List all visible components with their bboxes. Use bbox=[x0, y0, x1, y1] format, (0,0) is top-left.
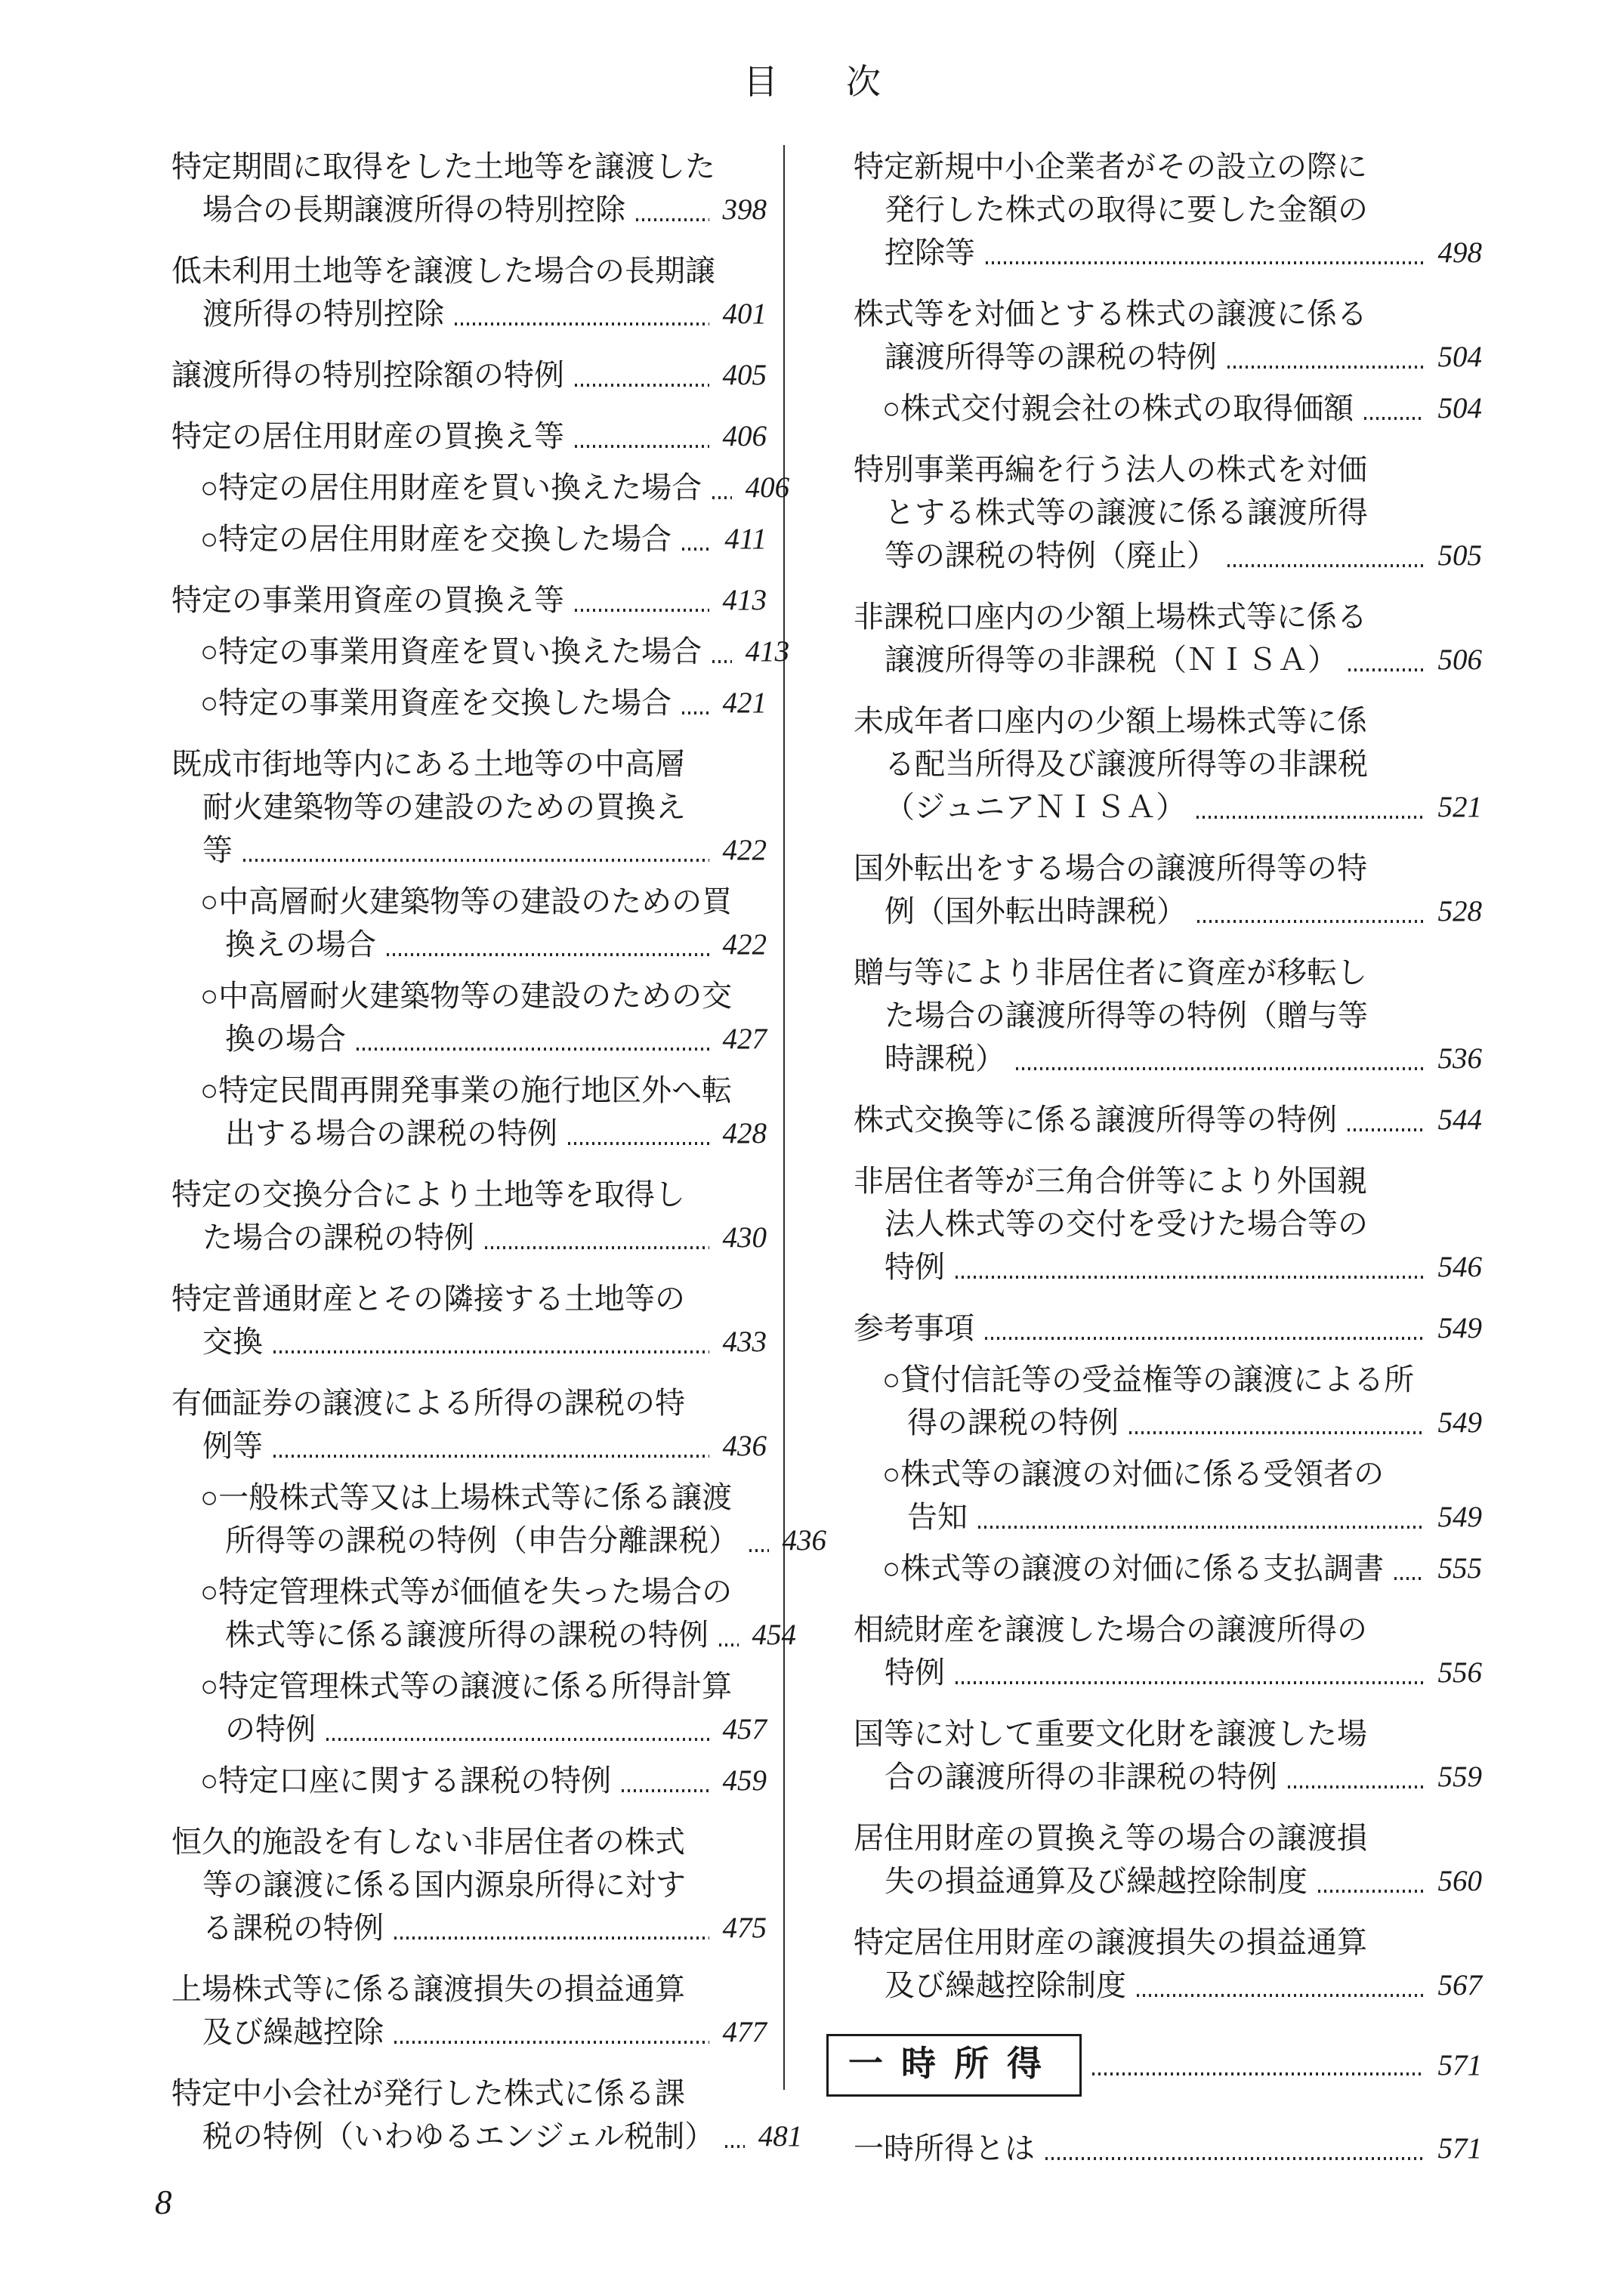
entry-last-line: （ジュニアＮＩＳＡ）521 bbox=[854, 785, 1482, 829]
page-ref: 405 bbox=[718, 353, 767, 397]
dot-leader bbox=[712, 496, 732, 499]
entry-line: 特定居住用財産の譲渡損失の損益通算 bbox=[854, 1921, 1482, 1964]
dot-leader bbox=[326, 1738, 709, 1741]
page-ref: 559 bbox=[1434, 1755, 1482, 1798]
entry-line: 特定期間に取得をした土地等を譲渡した bbox=[171, 145, 767, 188]
entry-last-line: る課税の特例475 bbox=[171, 1906, 767, 1949]
toc-entry: ○特定民間再開発事業の施行地区外へ転出する場合の課税の特例428 bbox=[171, 1069, 767, 1155]
entry-line: 法人株式等の交付を受けた場合等の bbox=[885, 1202, 1482, 1245]
entry-last-line: ○特定の居住用財産を交換した場合411 bbox=[171, 517, 767, 560]
toc-entry: ○中高層耐火建築物等の建設のための買換えの場合422 bbox=[171, 880, 767, 966]
dot-leader bbox=[712, 660, 732, 663]
toc-entry: 株式交換等に係る譲渡所得等の特例544 bbox=[854, 1098, 1482, 1141]
dot-leader bbox=[682, 548, 709, 551]
entry-line: 贈与等により非居住者に資産が移転し bbox=[854, 951, 1482, 994]
toc-entry: ○特定管理株式等の譲渡に係る所得計算の特例457 bbox=[171, 1665, 767, 1751]
toc-entry: ○特定の事業用資産を買い換えた場合413 bbox=[171, 630, 767, 673]
entry-last-line: 控除等498 bbox=[854, 231, 1482, 274]
entry-last-line: 特定の居住用財産の買換え等406 bbox=[171, 415, 767, 458]
entry-last-line: 参考事項549 bbox=[854, 1307, 1482, 1350]
page-ref: 504 bbox=[1434, 387, 1482, 430]
toc-entry: ○一般株式等又は上場株式等に係る譲渡所得等の課税の特例（申告分離課税）436 bbox=[171, 1476, 767, 1562]
dot-leader bbox=[575, 445, 709, 448]
entry-line: ○特定民間再開発事業の施行地区外へ転 bbox=[200, 1069, 767, 1112]
entry-line: 株式交換等に係る譲渡所得等の特例 bbox=[854, 1098, 1337, 1141]
page-ref: 477 bbox=[718, 2011, 767, 2054]
entry-line: 告知 bbox=[907, 1495, 968, 1538]
entry-line: ○特定の事業用資産を買い換えた場合 bbox=[200, 630, 702, 673]
entry-line: 特定の居住用財産の買換え等 bbox=[171, 415, 564, 458]
page-ref: 427 bbox=[718, 1017, 767, 1060]
toc-entry: 参考事項549 bbox=[854, 1307, 1482, 1350]
page-ref: 401 bbox=[718, 292, 767, 335]
dot-leader bbox=[1288, 1785, 1425, 1788]
entry-line: る配当所得及び譲渡所得等の非課税 bbox=[885, 742, 1482, 785]
page-ref: 549 bbox=[1434, 1495, 1482, 1538]
page-ref: 481 bbox=[754, 2115, 802, 2158]
entry-line: 譲渡所得の特別控除額の特例 bbox=[171, 353, 564, 397]
entry-line: 有価証券の譲渡による所得の課税の特 bbox=[171, 1381, 767, 1424]
entry-line: 一時所得とは bbox=[854, 2127, 1035, 2170]
dot-leader bbox=[1045, 2157, 1425, 2160]
page-ref: 413 bbox=[741, 630, 789, 673]
dot-leader bbox=[1348, 668, 1425, 671]
entry-line: 失の損益通算及び繰越控除制度 bbox=[885, 1859, 1308, 1903]
entry-line: ○特定の居住用財産を買い換えた場合 bbox=[200, 466, 702, 509]
page-ref: 536 bbox=[1434, 1037, 1482, 1080]
dot-leader bbox=[1016, 1067, 1425, 1070]
entry-line: 譲渡所得等の課税の特例 bbox=[885, 335, 1217, 378]
toc-entry: 特定の居住用財産の買換え等406 bbox=[171, 415, 767, 458]
entry-last-line: 例等436 bbox=[171, 1424, 767, 1467]
page-ref: 567 bbox=[1434, 1964, 1482, 2007]
entry-last-line: 時課税）536 bbox=[854, 1037, 1482, 1080]
entry-line: 等の譲渡に係る国内源泉所得に対す bbox=[202, 1863, 767, 1906]
entry-line: 特別事業再編を行う法人の株式を対価 bbox=[854, 448, 1482, 491]
entry-line: 得の課税の特例 bbox=[907, 1401, 1119, 1444]
entry-last-line: ○株式交付親会社の株式の取得価額504 bbox=[854, 387, 1482, 430]
dot-leader bbox=[1364, 417, 1425, 420]
dot-leader bbox=[485, 1246, 709, 1249]
toc-entry: 特定中小会社が発行した株式に係る課税の特例（いわゆるエンジェル税制）481 bbox=[171, 2072, 767, 2158]
toc-entry: ○特定管理株式等が価値を失った場合の株式等に係る譲渡所得の課税の特例454 bbox=[171, 1570, 767, 1656]
dot-leader bbox=[387, 953, 709, 956]
page-ref: 555 bbox=[1434, 1547, 1482, 1590]
toc-entry: ○特定口座に関する課税の特例459 bbox=[171, 1759, 767, 1802]
entry-last-line: 一時所得571 bbox=[826, 2034, 1482, 2097]
toc-entry: 譲渡所得の特別控除額の特例405 bbox=[171, 353, 767, 397]
page-ref: 475 bbox=[718, 1906, 767, 1949]
entry-line: 株式等を対価とする株式の譲渡に係る bbox=[854, 292, 1482, 335]
toc-entry: 一時所得571 bbox=[854, 2034, 1482, 2097]
toc-right-column: 特定新規中小企業者がその設立の際に発行した株式の取得に要した金額の控除等498株… bbox=[854, 145, 1482, 2170]
page-ref: 411 bbox=[718, 517, 767, 560]
entry-line: 非居住者等が三角合併等により外国親 bbox=[854, 1159, 1482, 1202]
entry-line: 換えの場合 bbox=[225, 923, 376, 966]
entry-line: 控除等 bbox=[885, 231, 975, 274]
entry-last-line: ○株式等の譲渡の対価に係る支払調書555 bbox=[854, 1547, 1482, 1590]
toc-left-column: 特定期間に取得をした土地等を譲渡した場合の長期譲渡所得の特別控除398低未利用土… bbox=[171, 145, 767, 2158]
entry-last-line: ○特定口座に関する課税の特例459 bbox=[171, 1759, 767, 1802]
entry-last-line: 株式等に係る譲渡所得の課税の特例454 bbox=[171, 1613, 767, 1656]
entry-line: 特定普通財産とその隣接する土地等の bbox=[171, 1277, 767, 1320]
dot-leader bbox=[1137, 1994, 1425, 1997]
entry-line: 例（国外転出時課税） bbox=[885, 890, 1187, 933]
dot-leader bbox=[575, 384, 709, 387]
entry-line: ○中高層耐火建築物等の建設のための交 bbox=[200, 974, 767, 1017]
entry-line: 上場株式等に係る譲渡損失の損益通算 bbox=[171, 1967, 767, 2011]
entry-last-line: ○特定の事業用資産を買い換えた場合413 bbox=[171, 630, 767, 673]
entry-last-line: ○特定の居住用財産を買い換えた場合406 bbox=[171, 466, 767, 509]
column-divider bbox=[783, 145, 785, 2090]
entry-line: ○特定の居住用財産を交換した場合 bbox=[200, 517, 672, 560]
entry-last-line: 株式交換等に係る譲渡所得等の特例544 bbox=[854, 1098, 1482, 1141]
toc-entry: 国等に対して重要文化財を譲渡した場合の譲渡所得の非課税の特例559 bbox=[854, 1712, 1482, 1798]
toc-entry: 低未利用土地等を譲渡した場合の長期譲渡所得の特別控除401 bbox=[171, 249, 767, 335]
page-ref: 528 bbox=[1434, 890, 1482, 933]
entry-line: ○株式等の譲渡の対価に係る支払調書 bbox=[882, 1547, 1384, 1590]
dot-leader bbox=[725, 2145, 745, 2148]
page-ref: 498 bbox=[1434, 231, 1482, 274]
folio-page-number: 8 bbox=[155, 2183, 172, 2222]
section-header-label: 一時所得 bbox=[848, 2044, 1060, 2083]
page-ref: 556 bbox=[1434, 1651, 1482, 1694]
dot-leader bbox=[682, 711, 709, 714]
dot-leader bbox=[719, 1643, 739, 1646]
dot-leader bbox=[1394, 1577, 1425, 1580]
entry-line: ○特定管理株式等の譲渡に係る所得計算 bbox=[200, 1665, 767, 1708]
dot-leader bbox=[273, 1455, 709, 1458]
entry-line: た場合の譲渡所得等の特例（贈与等 bbox=[885, 994, 1482, 1037]
page-ref: 560 bbox=[1434, 1859, 1482, 1903]
dot-leader bbox=[986, 261, 1425, 264]
entry-line: とする株式等の譲渡に係る譲渡所得 bbox=[885, 491, 1482, 534]
toc-entry: ○株式等の譲渡の対価に係る受領者の告知549 bbox=[854, 1452, 1482, 1538]
page-ref: 433 bbox=[718, 1320, 767, 1363]
entry-line: 税の特例（いわゆるエンジェル税制） bbox=[202, 2115, 715, 2158]
entry-last-line: 及び繰越控除制度567 bbox=[854, 1964, 1482, 2007]
entry-line: 特例 bbox=[885, 1651, 945, 1694]
entry-line: 場合の長期譲渡所得の特別控除 bbox=[202, 188, 625, 231]
entry-line: ○特定口座に関する課税の特例 bbox=[200, 1759, 611, 1802]
dot-leader bbox=[956, 1276, 1425, 1279]
dot-leader bbox=[749, 1549, 769, 1552]
entry-line: 交換 bbox=[202, 1320, 263, 1363]
entry-line: ○貸付信託等の受益権等の譲渡による所 bbox=[882, 1358, 1482, 1401]
entry-last-line: 場合の長期譲渡所得の特別控除398 bbox=[171, 188, 767, 231]
page-ref: 544 bbox=[1434, 1098, 1482, 1141]
entry-line: る課税の特例 bbox=[202, 1906, 384, 1949]
toc-entry: ○特定の居住用財産を買い換えた場合406 bbox=[171, 466, 767, 509]
entry-last-line: 告知549 bbox=[854, 1495, 1482, 1538]
page-ref: 436 bbox=[778, 1519, 826, 1562]
entry-line: ○一般株式等又は上場株式等に係る譲渡 bbox=[200, 1476, 767, 1519]
entry-line: ○特定の事業用資産を交換した場合 bbox=[200, 681, 672, 724]
entry-line: 特定の交換分合により土地等を取得し bbox=[171, 1173, 767, 1216]
entry-last-line: 出する場合の課税の特例428 bbox=[171, 1112, 767, 1155]
entry-last-line: 例（国外転出時課税）528 bbox=[854, 890, 1482, 933]
entry-line: ○特定管理株式等が価値を失った場合の bbox=[200, 1570, 767, 1613]
entry-last-line: 譲渡所得の特別控除額の特例405 bbox=[171, 353, 767, 397]
toc-entry: 特定居住用財産の譲渡損失の損益通算及び繰越控除制度567 bbox=[854, 1921, 1482, 2007]
entry-line: 非課税口座内の少額上場株式等に係る bbox=[854, 595, 1482, 638]
page-ref: 421 bbox=[718, 681, 767, 724]
toc-entry: 株式等を対価とする株式の譲渡に係る譲渡所得等の課税の特例504 bbox=[854, 292, 1482, 378]
entry-last-line: 換えの場合422 bbox=[171, 923, 767, 966]
entry-line: の特例 bbox=[225, 1708, 316, 1751]
dot-leader bbox=[357, 1048, 709, 1051]
entry-line: 合の譲渡所得の非課税の特例 bbox=[885, 1755, 1277, 1798]
toc-entry: ○特定の事業用資産を交換した場合421 bbox=[171, 681, 767, 724]
dot-leader bbox=[1197, 920, 1425, 923]
entry-last-line: 一時所得とは571 bbox=[854, 2127, 1482, 2170]
toc-entry: 特定の交換分合により土地等を取得した場合の課税の特例430 bbox=[171, 1173, 767, 1259]
page-ref: 546 bbox=[1434, 1245, 1482, 1288]
page-ref: 549 bbox=[1434, 1401, 1482, 1444]
page-ref: 504 bbox=[1434, 335, 1482, 378]
entry-line: 参考事項 bbox=[854, 1307, 974, 1350]
page-ref: 521 bbox=[1434, 785, 1482, 829]
entry-last-line: 得の課税の特例549 bbox=[854, 1401, 1482, 1444]
entry-last-line: 及び繰越控除477 bbox=[171, 2011, 767, 2054]
page-ref: 430 bbox=[718, 1216, 767, 1259]
entry-line: 相続財産を譲渡した場合の譲渡所得の bbox=[854, 1608, 1482, 1651]
dot-leader bbox=[243, 859, 709, 862]
page-ref: 505 bbox=[1434, 534, 1482, 577]
entry-line: 既成市街地等内にある土地等の中高層 bbox=[171, 742, 767, 785]
toc-entry: 国外転出をする場合の譲渡所得等の特例（国外転出時課税）528 bbox=[854, 847, 1482, 933]
entry-last-line: 譲渡所得等の課税の特例504 bbox=[854, 335, 1482, 378]
entry-line: ○株式等の譲渡の対価に係る受領者の bbox=[882, 1452, 1482, 1495]
page-ref: 406 bbox=[718, 415, 767, 458]
dot-leader bbox=[1348, 1128, 1425, 1131]
entry-line: 未成年者口座内の少額上場株式等に係 bbox=[854, 699, 1482, 742]
dot-leader bbox=[1129, 1431, 1425, 1434]
entry-line: 株式等に係る譲渡所得の課税の特例 bbox=[225, 1613, 709, 1656]
toc-entry: ○特定の居住用財産を交換した場合411 bbox=[171, 517, 767, 560]
dot-leader bbox=[985, 1337, 1425, 1340]
entry-line: 低未利用土地等を譲渡した場合の長期譲 bbox=[171, 249, 767, 292]
entry-last-line: 合の譲渡所得の非課税の特例559 bbox=[854, 1755, 1482, 1798]
entry-line: ○中高層耐火建築物等の建設のための買 bbox=[200, 880, 767, 923]
dot-leader bbox=[978, 1526, 1425, 1529]
dot-leader bbox=[575, 609, 709, 612]
entry-last-line: 渡所得の特別控除401 bbox=[171, 292, 767, 335]
entry-line: た場合の課税の特例 bbox=[202, 1216, 474, 1259]
toc-entry: 特定期間に取得をした土地等を譲渡した場合の長期譲渡所得の特別控除398 bbox=[171, 145, 767, 231]
dot-leader bbox=[455, 323, 709, 326]
entry-line: 特定の事業用資産の買換え等 bbox=[171, 579, 564, 622]
toc-entry: 居住用財産の買換え等の場合の譲渡損失の損益通算及び繰越控除制度560 bbox=[854, 1816, 1482, 1903]
dot-leader bbox=[394, 1937, 709, 1940]
entry-line: 発行した株式の取得に要した金額の bbox=[885, 188, 1482, 231]
entry-line: 特例 bbox=[885, 1245, 945, 1288]
toc-entry: 特定の事業用資産の買換え等413 bbox=[171, 579, 767, 622]
page-ref: 422 bbox=[718, 829, 767, 872]
entry-line: 及び繰越控除制度 bbox=[885, 1964, 1126, 2007]
entry-line: 等 bbox=[202, 829, 233, 872]
dot-leader bbox=[636, 218, 709, 221]
toc-entry: 未成年者口座内の少額上場株式等に係る配当所得及び譲渡所得等の非課税（ジュニアＮＩ… bbox=[854, 699, 1482, 829]
entry-last-line: 譲渡所得等の非課税（ＮＩＳＡ）506 bbox=[854, 638, 1482, 681]
entry-line: 時課税） bbox=[885, 1037, 1005, 1080]
entry-line: 等の課税の特例（廃止） bbox=[885, 534, 1217, 577]
entry-last-line: 等422 bbox=[171, 829, 767, 872]
entry-line: ○株式交付親会社の株式の取得価額 bbox=[882, 387, 1354, 430]
entry-line: 国外転出をする場合の譲渡所得等の特 bbox=[854, 847, 1482, 890]
entry-line: 換の場合 bbox=[225, 1017, 346, 1060]
toc-page: 目 次 特定期間に取得をした土地等を譲渡した場合の長期譲渡所得の特別控除398低… bbox=[0, 0, 1624, 2293]
dot-leader bbox=[568, 1142, 709, 1145]
dot-leader bbox=[956, 1681, 1425, 1684]
page-ref: 457 bbox=[718, 1708, 767, 1751]
page-ref: 398 bbox=[718, 188, 767, 231]
entry-last-line: 所得等の課税の特例（申告分離課税）436 bbox=[171, 1519, 767, 1562]
toc-entry: 既成市街地等内にある土地等の中高層耐火建築物等の建設のための買換え等422 bbox=[171, 742, 767, 872]
entry-last-line: 等の課税の特例（廃止）505 bbox=[854, 534, 1482, 577]
page-ref: 506 bbox=[1434, 638, 1482, 681]
page-ref: 413 bbox=[718, 579, 767, 622]
page-ref: 428 bbox=[718, 1112, 767, 1155]
entry-last-line: 特定の事業用資産の買換え等413 bbox=[171, 579, 767, 622]
entry-line: 耐火建築物等の建設のための買換え bbox=[202, 785, 767, 829]
entry-line: 出する場合の課税の特例 bbox=[225, 1112, 557, 1155]
toc-entry: 特別事業再編を行う法人の株式を対価とする株式等の譲渡に係る譲渡所得等の課税の特例… bbox=[854, 448, 1482, 577]
toc-entry: 特定新規中小企業者がその設立の際に発行した株式の取得に要した金額の控除等498 bbox=[854, 145, 1482, 274]
toc-entry: ○株式等の譲渡の対価に係る支払調書555 bbox=[854, 1547, 1482, 1590]
toc-entry: ○中高層耐火建築物等の建設のための交換の場合427 bbox=[171, 974, 767, 1060]
toc-entry: 恒久的施設を有しない非居住者の株式等の譲渡に係る国内源泉所得に対する課税の特例4… bbox=[171, 1820, 767, 1949]
dot-leader bbox=[1196, 816, 1425, 819]
dot-leader bbox=[1092, 2072, 1425, 2075]
toc-entry: 相続財産を譲渡した場合の譲渡所得の特例556 bbox=[854, 1608, 1482, 1694]
entry-last-line: の特例457 bbox=[171, 1708, 767, 1751]
entry-last-line: ○特定の事業用資産を交換した場合421 bbox=[171, 681, 767, 724]
dot-leader bbox=[622, 1789, 709, 1792]
toc-entry: 非居住者等が三角合併等により外国親法人株式等の交付を受けた場合等の特例546 bbox=[854, 1159, 1482, 1288]
dot-leader bbox=[1227, 564, 1425, 567]
toc-entry: 上場株式等に係る譲渡損失の損益通算及び繰越控除477 bbox=[171, 1967, 767, 2054]
toc-entry: ○貸付信託等の受益権等の譲渡による所得の課税の特例549 bbox=[854, 1358, 1482, 1444]
entry-line: 譲渡所得等の非課税（ＮＩＳＡ） bbox=[885, 638, 1338, 681]
toc-entry: 一時所得とは571 bbox=[854, 2127, 1482, 2170]
page-ref: 454 bbox=[748, 1613, 796, 1656]
entry-line: 及び繰越控除 bbox=[202, 2011, 384, 2054]
entry-last-line: 失の損益通算及び繰越控除制度560 bbox=[854, 1859, 1482, 1903]
entry-last-line: 特例546 bbox=[854, 1245, 1482, 1288]
page-title: 目 次 bbox=[0, 54, 1624, 104]
toc-entry: 特定普通財産とその隣接する土地等の交換433 bbox=[171, 1277, 767, 1363]
entry-last-line: 特例556 bbox=[854, 1651, 1482, 1694]
dot-leader bbox=[273, 1350, 709, 1353]
entry-line: （ジュニアＮＩＳＡ） bbox=[885, 785, 1186, 829]
entry-line: 例等 bbox=[202, 1424, 263, 1467]
dot-leader bbox=[1227, 366, 1425, 369]
page-ref: 549 bbox=[1434, 1307, 1482, 1350]
page-ref: 406 bbox=[741, 466, 789, 509]
entry-line: 恒久的施設を有しない非居住者の株式 bbox=[171, 1820, 767, 1863]
dot-leader bbox=[1318, 1890, 1425, 1893]
entry-line: 特定中小会社が発行した株式に係る課 bbox=[171, 2072, 767, 2115]
entry-last-line: 税の特例（いわゆるエンジェル税制）481 bbox=[171, 2115, 767, 2158]
toc-entry: 贈与等により非居住者に資産が移転した場合の譲渡所得等の特例（贈与等時課税）536 bbox=[854, 951, 1482, 1080]
toc-entry: 非課税口座内の少額上場株式等に係る譲渡所得等の非課税（ＮＩＳＡ）506 bbox=[854, 595, 1482, 681]
section-header-box: 一時所得 bbox=[826, 2034, 1082, 2097]
entry-line: 渡所得の特別控除 bbox=[202, 292, 444, 335]
entry-line: 特定新規中小企業者がその設立の際に bbox=[854, 145, 1482, 188]
entry-last-line: 換の場合427 bbox=[171, 1017, 767, 1060]
page-ref: 436 bbox=[718, 1424, 767, 1467]
page-ref: 571 bbox=[1434, 2044, 1482, 2087]
entry-line: 国等に対して重要文化財を譲渡した場 bbox=[854, 1712, 1482, 1755]
entry-last-line: 交換433 bbox=[171, 1320, 767, 1363]
page-ref: 571 bbox=[1434, 2127, 1482, 2170]
entry-line: 所得等の課税の特例（申告分離課税） bbox=[225, 1519, 739, 1562]
toc-entry: ○株式交付親会社の株式の取得価額504 bbox=[854, 387, 1482, 430]
toc-entry: 有価証券の譲渡による所得の課税の特例等436 bbox=[171, 1381, 767, 1467]
dot-leader bbox=[394, 2041, 709, 2044]
page-ref: 422 bbox=[718, 923, 767, 966]
entry-line: 居住用財産の買換え等の場合の譲渡損 bbox=[854, 1816, 1482, 1859]
page-ref: 459 bbox=[718, 1759, 767, 1802]
entry-last-line: た場合の課税の特例430 bbox=[171, 1216, 767, 1259]
